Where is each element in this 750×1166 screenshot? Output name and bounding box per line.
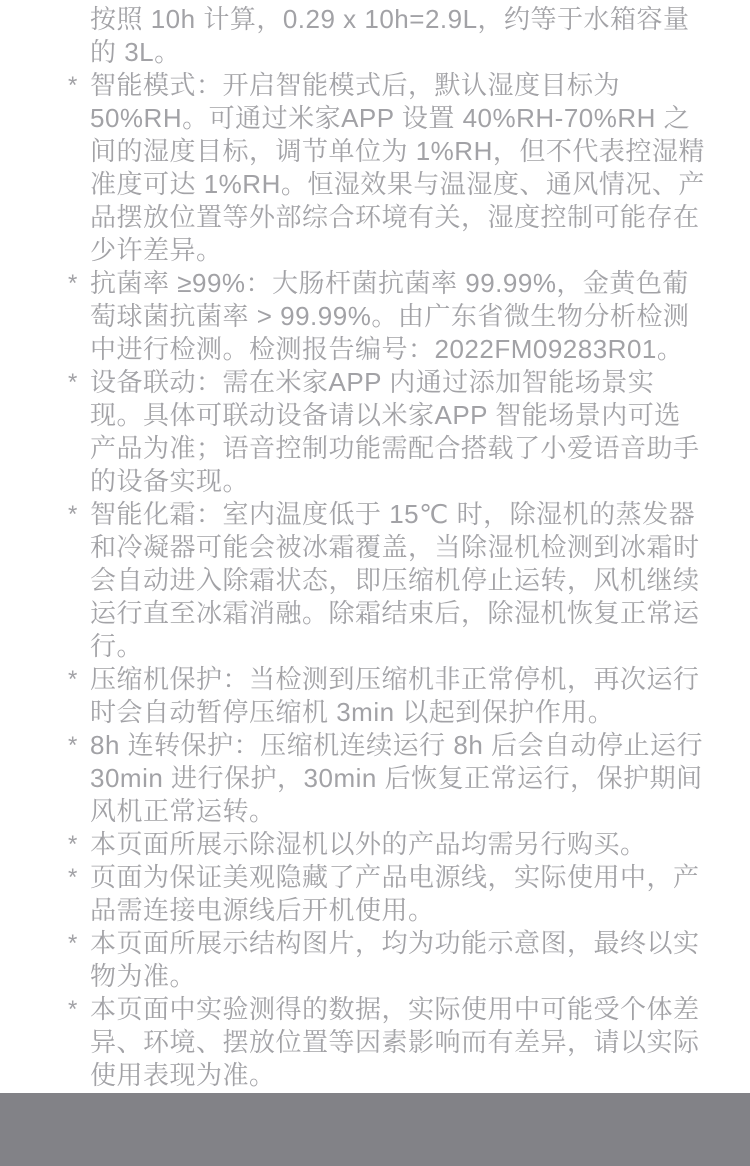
- note-item: *页面为保证美观隐藏了产品电源线，实际使用中，产品需连接电源线后开机使用。: [90, 861, 706, 927]
- note-text: 本页面所展示结构图片，均为功能示意图，最终以实物为准。: [90, 928, 700, 991]
- asterisk-marker: *: [68, 866, 78, 890]
- note-item: *设备联动：需在米家APP 内通过添加智能场景实现。具体可联动设备请以米家APP…: [90, 366, 706, 498]
- asterisk-marker: *: [68, 833, 78, 857]
- asterisk-marker: *: [68, 932, 78, 956]
- asterisk-marker: *: [68, 734, 78, 758]
- note-text: 本页面中实验测得的数据，实际使用中可能受个体差异、环境、摆放位置等因素影响而有差…: [90, 994, 700, 1090]
- note-text: 页面为保证美观隐藏了产品电源线，实际使用中，产品需连接电源线后开机使用。: [90, 862, 700, 925]
- asterisk-marker: *: [68, 272, 78, 296]
- note-item: *智能模式：开启智能模式后，默认湿度目标为 50%RH。可通过米家APP 设置 …: [90, 69, 706, 267]
- note-item: *抗菌率 ≥99%：大肠杆菌抗菌率 99.99%，金黄色葡萄球菌抗菌率 > 99…: [90, 267, 706, 366]
- next-section-band: [0, 1093, 750, 1166]
- note-item: *本页面所展示除湿机以外的产品均需另行购买。: [90, 828, 706, 861]
- note-text: 抗菌率 ≥99%：大肠杆菌抗菌率 99.99%，金黄色葡萄球菌抗菌率 > 99.…: [90, 268, 689, 364]
- note-text: 智能化霜：室内温度低于 15℃ 时，除湿机的蒸发器和冷凝器可能会被冰霜覆盖，当除…: [90, 499, 700, 661]
- asterisk-marker: *: [68, 998, 78, 1022]
- note-text: 设备联动：需在米家APP 内通过添加智能场景实现。具体可联动设备请以米家APP …: [90, 367, 700, 496]
- asterisk-marker: *: [68, 74, 78, 98]
- note-item: *本页面中实验测得的数据，实际使用中可能受个体差异、环境、摆放位置等因素影响而有…: [90, 993, 706, 1092]
- note-text: 智能模式：开启智能模式后，默认湿度目标为 50%RH。可通过米家APP 设置 4…: [90, 70, 705, 265]
- note-item: *本页面所展示结构图片，均为功能示意图，最终以实物为准。: [90, 927, 706, 993]
- asterisk-marker: *: [68, 668, 78, 692]
- notes-section: 按照 10h 计算，0.29 x 10h=2.9L，约等于水箱容量的 3L。*智…: [0, 0, 750, 1093]
- note-item: *智能化霜：室内温度低于 15℃ 时，除湿机的蒸发器和冷凝器可能会被冰霜覆盖，当…: [90, 498, 706, 663]
- asterisk-marker: *: [68, 503, 78, 527]
- note-text: 本页面所展示除湿机以外的产品均需另行购买。: [90, 829, 647, 859]
- note-item: *8h 连转保护：压缩机连续运行 8h 后会自动停止运行 30min 进行保护，…: [90, 729, 706, 828]
- note-item: 按照 10h 计算，0.29 x 10h=2.9L，约等于水箱容量的 3L。: [90, 3, 706, 69]
- note-text: 按照 10h 计算，0.29 x 10h=2.9L，约等于水箱容量的 3L。: [90, 4, 690, 67]
- note-text: 压缩机保护：当检测到压缩机非正常停机，再次运行时会自动暂停压缩机 3min 以起…: [90, 664, 700, 727]
- asterisk-marker: *: [68, 371, 78, 395]
- notes-list: 按照 10h 计算，0.29 x 10h=2.9L，约等于水箱容量的 3L。*智…: [90, 3, 706, 1092]
- note-text: 8h 连转保护：压缩机连续运行 8h 后会自动停止运行 30min 进行保护，3…: [90, 730, 703, 826]
- product-notes-page: 按照 10h 计算，0.29 x 10h=2.9L，约等于水箱容量的 3L。*智…: [0, 0, 750, 1166]
- note-item: *压缩机保护：当检测到压缩机非正常停机，再次运行时会自动暂停压缩机 3min 以…: [90, 663, 706, 729]
